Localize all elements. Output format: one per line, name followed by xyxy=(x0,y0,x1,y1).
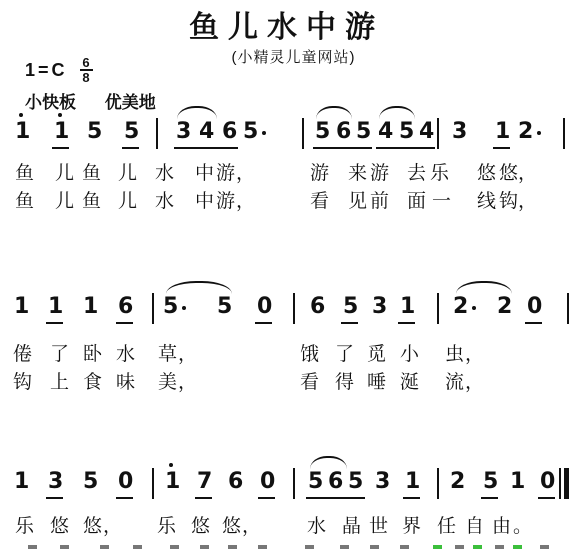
lyric-char: 鱼 xyxy=(15,163,34,185)
note: 0 xyxy=(527,295,542,319)
beam-line xyxy=(122,147,139,149)
lyric-char: 鱼 xyxy=(82,163,101,185)
note: 1 xyxy=(48,295,63,319)
cutoff-fragment xyxy=(133,545,142,549)
cutoff-fragment xyxy=(540,545,549,549)
augmentation-dot-icon xyxy=(472,306,476,310)
lyric-char: 食 xyxy=(83,372,102,394)
lyric-char: 悠 xyxy=(477,163,496,185)
barline xyxy=(293,468,295,499)
note: 5 xyxy=(356,120,371,144)
beam-line xyxy=(174,147,238,149)
cutoff-fragment xyxy=(370,545,379,549)
note: 5 xyxy=(308,470,323,494)
key-signature: 1=C 6 8 xyxy=(25,57,93,83)
barline xyxy=(152,468,154,499)
barline xyxy=(437,293,439,324)
note: 1 xyxy=(495,120,510,144)
note: 1 xyxy=(14,470,29,494)
octave-dot-icon xyxy=(169,463,173,467)
beam-line xyxy=(493,147,510,149)
beam-line xyxy=(116,497,133,499)
note: 3 xyxy=(176,120,191,144)
lyric-char: 乐 xyxy=(157,516,176,538)
note: 1 xyxy=(165,470,180,494)
slur-arc xyxy=(166,281,232,294)
lyric-char: 看 xyxy=(310,191,329,213)
note: 1 xyxy=(14,295,29,319)
note: 1 xyxy=(83,295,98,319)
lyric-char: 水 xyxy=(155,163,174,185)
lyric-row: 倦了卧水草，饿了觅小虫， xyxy=(0,344,573,368)
augmentation-dot-icon xyxy=(262,131,266,135)
note: 1 xyxy=(400,295,415,319)
lyric-char: 了 xyxy=(335,344,354,366)
slur-arc xyxy=(310,456,347,469)
beam-line xyxy=(195,497,212,499)
lyric-char: 来 xyxy=(348,163,367,185)
note: 5 xyxy=(163,295,178,319)
final-barline-thin xyxy=(559,468,561,499)
lyric-char: 悠 xyxy=(222,516,241,538)
note: 5 xyxy=(243,120,258,144)
note: 5 xyxy=(87,120,102,144)
cutoff-fragment xyxy=(513,545,522,549)
lyric-char: ， xyxy=(465,372,484,394)
lyric-char: ， xyxy=(236,163,255,185)
beam-line xyxy=(255,322,272,324)
lyric-char: 上 xyxy=(50,372,69,394)
cutoff-fragment xyxy=(305,545,314,549)
lyric-char: 乐 xyxy=(430,163,449,185)
lyric-char: 了 xyxy=(50,344,69,366)
note: 6 xyxy=(328,470,343,494)
key-tonality: 1=C xyxy=(25,60,68,81)
note: 0 xyxy=(118,470,133,494)
lyric-char: 界 xyxy=(402,516,421,538)
slur-arc xyxy=(177,106,217,119)
lyric-char: 饿 xyxy=(300,344,319,366)
tempo-marking: 小快板 xyxy=(25,93,76,112)
lyric-char: 水 xyxy=(116,344,135,366)
lyric-row: 钩上食味美，看得唾涎流， xyxy=(0,372,573,396)
lyric-char: 儿 xyxy=(118,163,137,185)
cutoff-fragment xyxy=(433,545,442,549)
lyric-char: 前 xyxy=(370,191,389,213)
lyric-char: 游 xyxy=(310,163,329,185)
octave-dot-icon xyxy=(58,113,62,117)
note: 6 xyxy=(228,470,243,494)
site-credit: (小精灵儿童网站) xyxy=(14,46,573,67)
lyric-char: 唾 xyxy=(367,372,386,394)
time-numerator: 6 xyxy=(82,57,89,68)
barline xyxy=(156,118,158,149)
lyric-char: 钩 xyxy=(13,372,32,394)
slur-arc xyxy=(316,106,352,119)
lyric-char: 虫 xyxy=(445,344,464,366)
lyric-char: ， xyxy=(518,191,537,213)
cutoff-fragment xyxy=(495,545,504,549)
note: 0 xyxy=(260,470,275,494)
lyric-char: 美 xyxy=(158,372,177,394)
cutoff-fragment xyxy=(400,545,409,549)
lyric-char: ， xyxy=(242,516,261,538)
expression-marking: 优美地 xyxy=(105,93,156,112)
slur-arc xyxy=(379,106,415,119)
note: 5 xyxy=(343,295,358,319)
cutoff-fragment xyxy=(228,545,237,549)
cutoff-fragment xyxy=(455,545,464,549)
note: 0 xyxy=(540,470,555,494)
lyric-char: 见 xyxy=(348,191,367,213)
beam-line xyxy=(116,322,133,324)
lyric-char: 去 xyxy=(407,163,426,185)
lyric-char: 游 xyxy=(216,191,235,213)
note: 7 xyxy=(197,470,212,494)
augmentation-dot-icon xyxy=(537,131,541,135)
beam-line xyxy=(376,147,435,149)
time-signature: 6 8 xyxy=(80,57,93,83)
cutoff-fragment xyxy=(200,545,209,549)
beam-line xyxy=(46,497,63,499)
final-barline-thick xyxy=(564,468,569,499)
beam-line xyxy=(398,322,415,324)
lyric-char: 得 xyxy=(335,372,354,394)
beam-line xyxy=(306,497,365,499)
note: 4 xyxy=(419,120,434,144)
lyric-char: 悠 xyxy=(50,516,69,538)
song-title: 鱼儿水中游 xyxy=(0,2,573,46)
note: 2 xyxy=(497,295,512,319)
note: 6 xyxy=(310,295,325,319)
barline xyxy=(302,118,304,149)
lyric-char: 鱼 xyxy=(82,191,101,213)
lyric-char: ， xyxy=(103,516,122,538)
lyric-char: 钩 xyxy=(499,191,518,213)
cutoff-fragment xyxy=(28,545,37,549)
lyric-char: 鱼 xyxy=(15,191,34,213)
note: 3 xyxy=(452,120,467,144)
beam-line xyxy=(52,147,69,149)
lyric-char: 。 xyxy=(513,516,532,538)
note: 3 xyxy=(375,470,390,494)
notation-system: 11165506531220 xyxy=(0,295,573,337)
beam-line xyxy=(538,497,555,499)
note: 5 xyxy=(399,120,414,144)
cutoff-fragment xyxy=(258,545,267,549)
lyric-char: ， xyxy=(465,344,484,366)
beam-line xyxy=(313,147,372,149)
lyric-char: 涎 xyxy=(400,372,419,394)
lyric-char: 由 xyxy=(492,516,511,538)
note: 6 xyxy=(222,120,237,144)
lyric-row: 乐悠悠，乐悠悠，水晶世界任自由。 xyxy=(0,516,573,540)
cutoff-fragment xyxy=(60,545,69,549)
lyric-char: 儿 xyxy=(55,191,74,213)
note: 5 xyxy=(217,295,232,319)
lyric-char: 面 xyxy=(407,191,426,213)
lyric-char: 倦 xyxy=(13,344,32,366)
lyric-char: 自 xyxy=(465,516,484,538)
beam-line xyxy=(258,497,275,499)
barline xyxy=(152,293,154,324)
lyric-char: 看 xyxy=(300,372,319,394)
lyric-row: 鱼儿鱼儿水中游，游来游去乐悠悠， xyxy=(0,163,573,187)
note: 4 xyxy=(199,120,214,144)
lyric-char: 小 xyxy=(400,344,419,366)
lyric-char: 中 xyxy=(195,191,214,213)
lyric-char: 中 xyxy=(195,163,214,185)
beam-line xyxy=(403,497,420,499)
note: 1 xyxy=(15,120,30,144)
note: 0 xyxy=(257,295,272,319)
lyric-char: 游 xyxy=(370,163,389,185)
lyric-char: 一 xyxy=(432,191,451,213)
slur-arc xyxy=(456,281,512,294)
lyric-char: 味 xyxy=(116,372,135,394)
barline xyxy=(567,293,569,324)
note: 6 xyxy=(118,295,133,319)
note: 5 xyxy=(124,120,139,144)
tempo-row: 小快板 优美地 xyxy=(25,88,156,113)
note: 2 xyxy=(453,295,468,319)
barline xyxy=(437,118,439,149)
lyric-char: 觅 xyxy=(367,344,386,366)
barline xyxy=(563,118,565,149)
note: 6 xyxy=(336,120,351,144)
lyric-char: 悠 xyxy=(499,163,518,185)
lyric-char: 儿 xyxy=(118,191,137,213)
note: 3 xyxy=(372,295,387,319)
cutoff-fragment xyxy=(100,545,109,549)
lyric-char: 线 xyxy=(477,191,496,213)
barline xyxy=(437,468,439,499)
note: 3 xyxy=(48,470,63,494)
beam-line xyxy=(46,322,63,324)
sheet-music-page: 鱼儿水中游 (小精灵儿童网站) 1=C 6 8 小快板 优美地 11553465… xyxy=(0,0,573,549)
octave-dot-icon xyxy=(19,113,23,117)
lyric-char: ， xyxy=(178,344,197,366)
beam-line xyxy=(525,322,542,324)
lyric-row: 鱼儿鱼儿水中游，看见前面一线钩， xyxy=(0,191,573,215)
lyric-char: 游 xyxy=(216,163,235,185)
lyric-char: ， xyxy=(518,163,537,185)
note: 5 xyxy=(348,470,363,494)
lyric-char: 任 xyxy=(437,516,456,538)
lyric-char: 水 xyxy=(307,516,326,538)
notation-system: 11553465565454312 xyxy=(0,120,573,162)
lyric-char: 儿 xyxy=(55,163,74,185)
notation-system: 13501760565312510 xyxy=(0,470,573,512)
note: 5 xyxy=(83,470,98,494)
time-denominator: 8 xyxy=(82,72,89,83)
lyric-char: 悠 xyxy=(83,516,102,538)
lyric-char: 草 xyxy=(158,344,177,366)
lyric-char: 卧 xyxy=(83,344,102,366)
lyric-char: 水 xyxy=(155,191,174,213)
beam-line xyxy=(341,322,358,324)
cutoff-fragment xyxy=(473,545,482,549)
note: 5 xyxy=(483,470,498,494)
note: 1 xyxy=(405,470,420,494)
note: 1 xyxy=(510,470,525,494)
lyric-char: 乐 xyxy=(15,516,34,538)
barline xyxy=(293,293,295,324)
lyric-char: 悠 xyxy=(191,516,210,538)
note: 2 xyxy=(518,120,533,144)
lyric-char: 流 xyxy=(445,372,464,394)
augmentation-dot-icon xyxy=(182,306,186,310)
lyric-char: 世 xyxy=(369,516,388,538)
note: 1 xyxy=(54,120,69,144)
note: 5 xyxy=(315,120,330,144)
lyric-char: ， xyxy=(178,372,197,394)
cutoff-fragment xyxy=(170,545,179,549)
cutoff-fragment xyxy=(340,545,349,549)
note: 4 xyxy=(378,120,393,144)
lyric-char: 晶 xyxy=(342,516,361,538)
beam-line xyxy=(481,497,498,499)
lyric-char: ， xyxy=(236,191,255,213)
note: 2 xyxy=(450,470,465,494)
